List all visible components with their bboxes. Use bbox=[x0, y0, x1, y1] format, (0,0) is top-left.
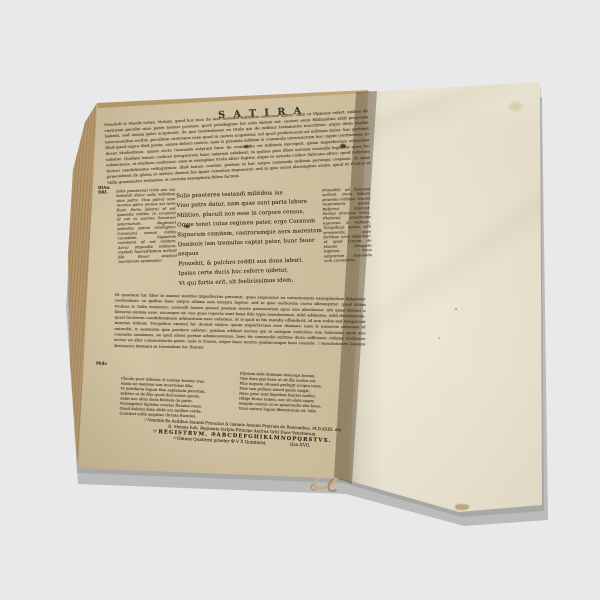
stain bbox=[455, 308, 457, 310]
ink-smudge bbox=[244, 145, 249, 148]
commentary-column-right: Prouehit) ad honores scilicet. Dona labo… bbox=[322, 187, 373, 295]
top-commentary-block: Pseudoli & Manlii notae. Notum, quod hoc… bbox=[104, 108, 371, 188]
photo-of-antique-book: SATIRA Pseudoli & Manlii notae. Notum, q… bbox=[0, 0, 600, 600]
margin-note-2: Philo bbox=[96, 361, 107, 366]
closing-verse-column-right: Elysium inde dominas deinceps horum, Tam… bbox=[238, 371, 367, 418]
closing-verse-column-left: Claude puer infestas & sustine fortiter … bbox=[119, 376, 235, 421]
stain bbox=[455, 504, 469, 510]
quire-mark: Qua.XVII. bbox=[289, 442, 310, 449]
ink-smudge bbox=[340, 144, 346, 148]
mid-commentary-block: Et quoniam hic liber in manus nostras im… bbox=[114, 292, 366, 379]
margin-note: IOAn. BRI. bbox=[98, 186, 111, 195]
ink-smudge bbox=[184, 225, 190, 228]
verse-block: Solis praeterea testandi militibus ius V… bbox=[176, 186, 329, 290]
stain bbox=[509, 102, 522, 111]
commentary-column-left: Solis praeterea) Ordo est: ius testandi … bbox=[116, 187, 178, 293]
stain bbox=[438, 337, 440, 339]
